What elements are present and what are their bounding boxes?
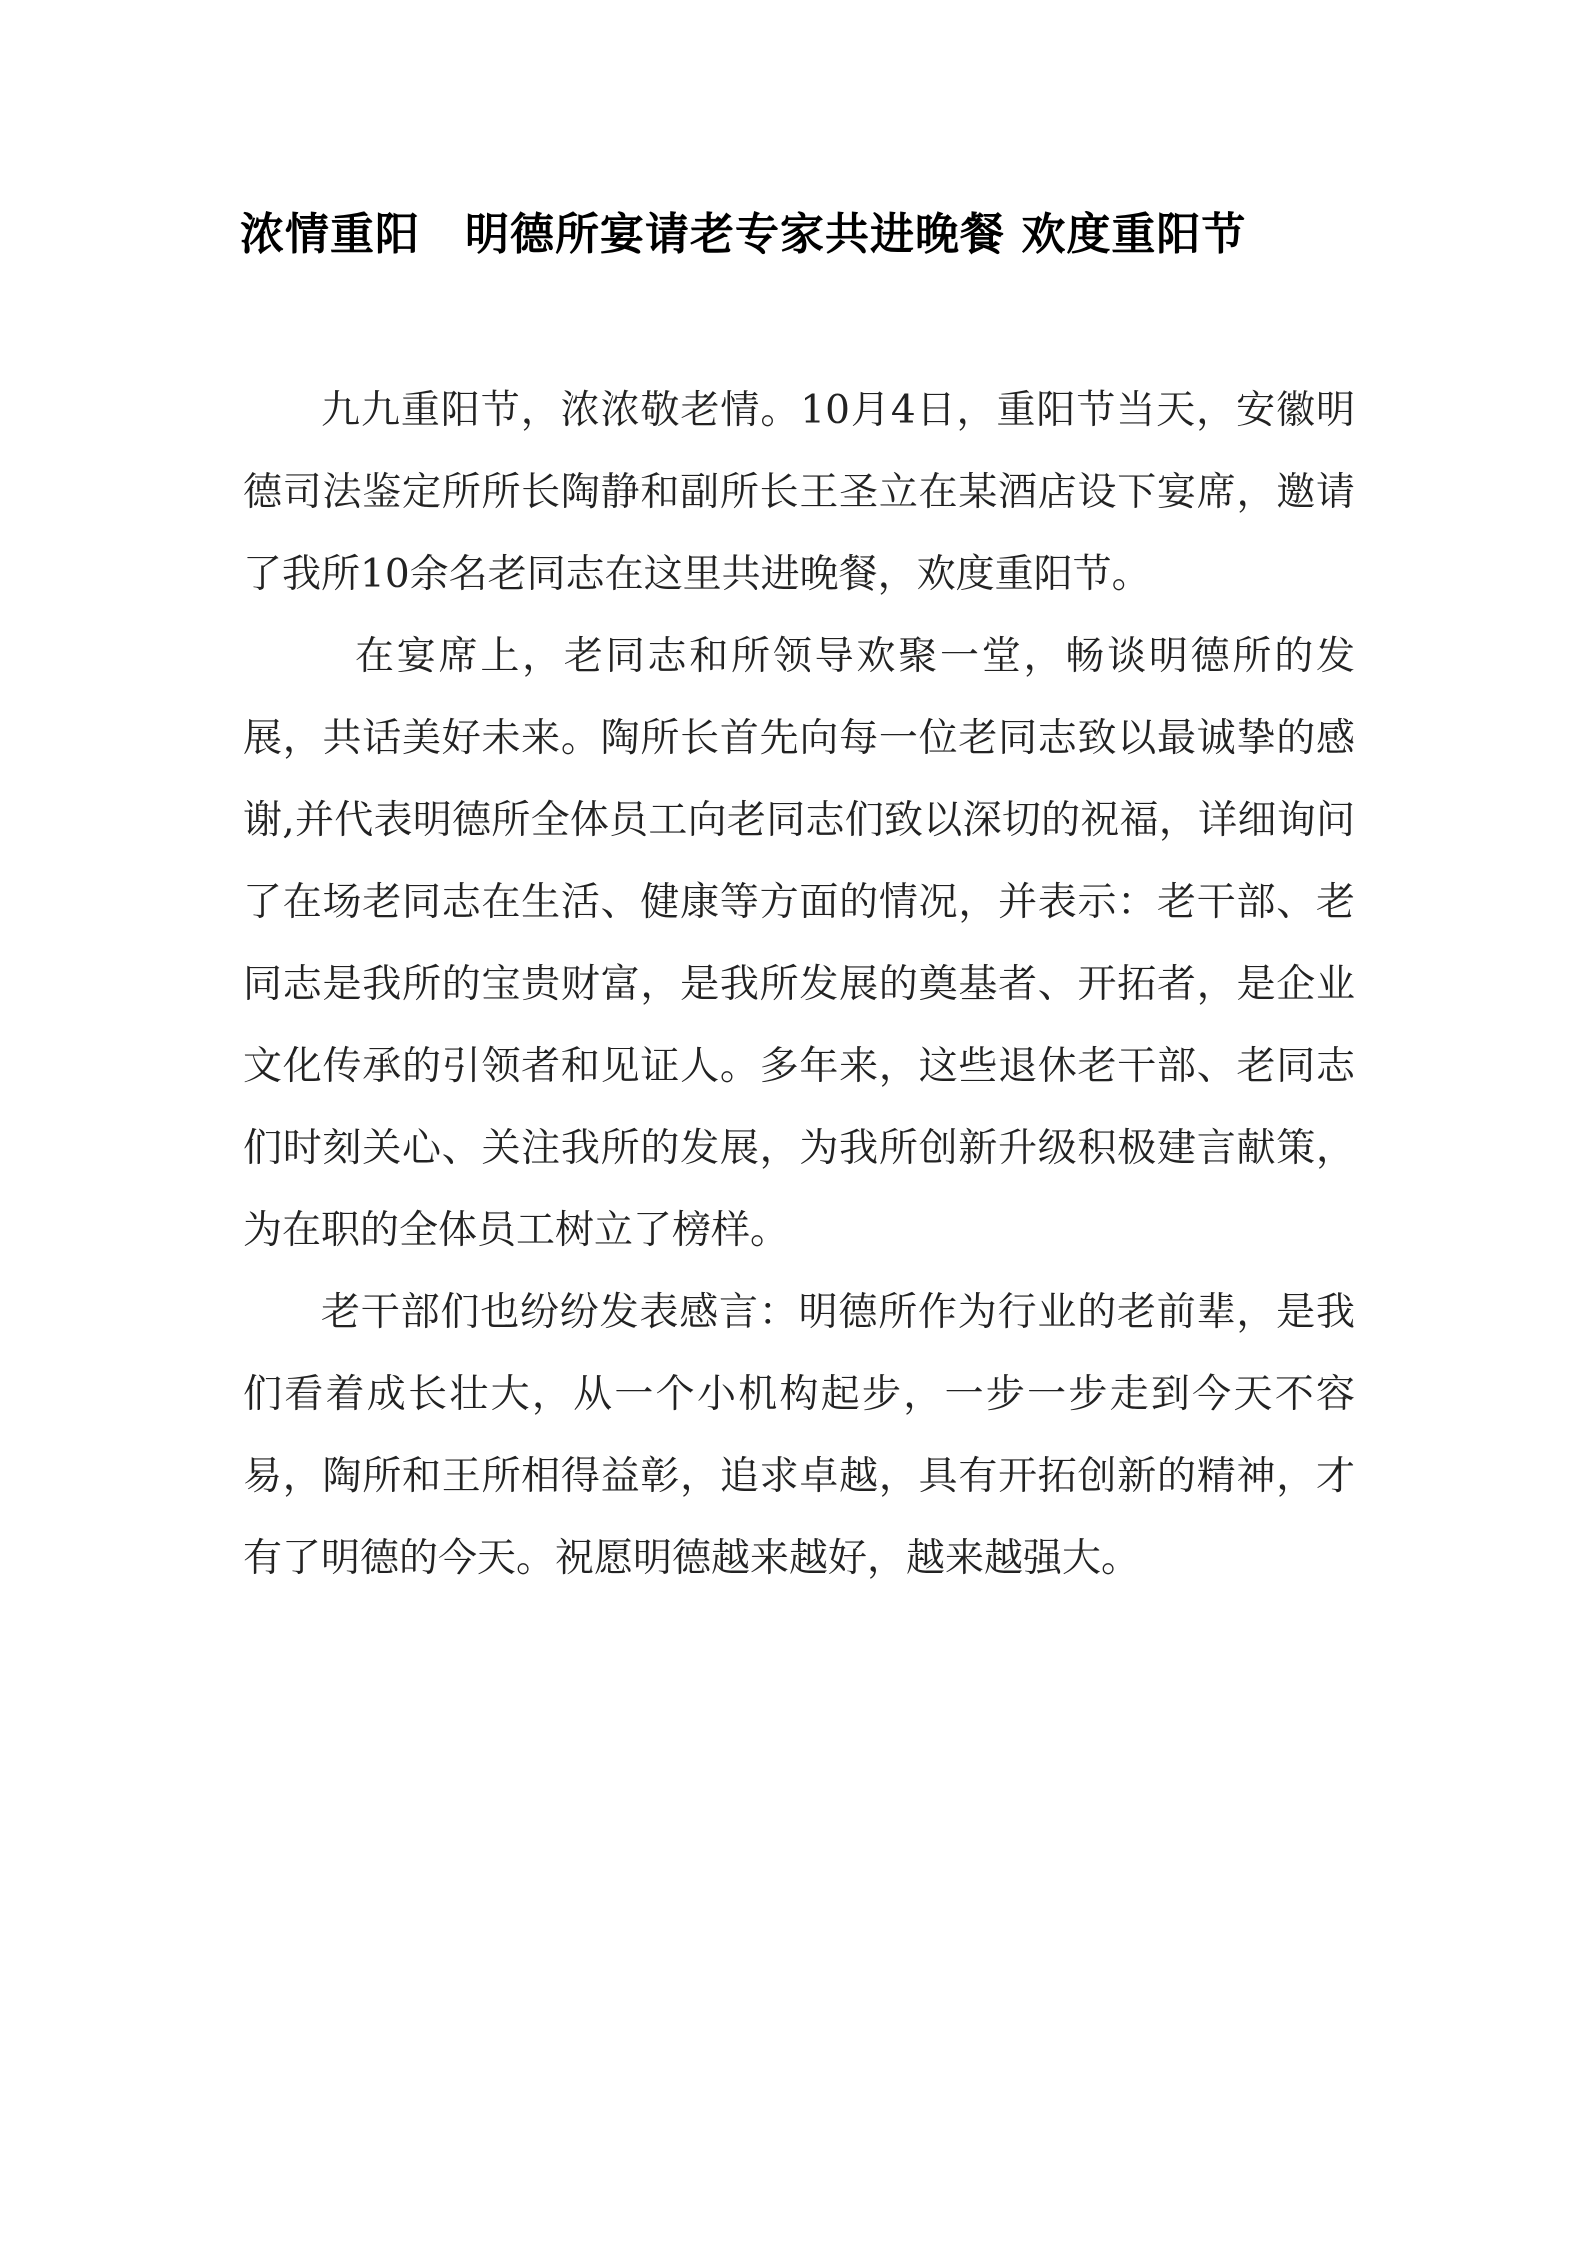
document-title: 浓情重阳 明德所宴请老专家共进晚餐 欢度重阳节 [240, 205, 1370, 265]
document-page: 浓情重阳 明德所宴请老专家共进晚餐 欢度重阳节 九九重阳节，浓浓敬老情。10月4… [0, 0, 1587, 2245]
paragraph-3: 老干部们也纷纷发表感言：明德所作为行业的老前辈，是我们看着成长壮大，从一个小机构… [243, 1272, 1355, 1600]
paragraph-2: 在宴席上，老同志和所领导欢聚一堂，畅谈明德所的发展，共话美好未来。陶所长首先向每… [243, 616, 1355, 1272]
document-body: 九九重阳节，浓浓敬老情。10月4日，重阳节当天，安徽明德司法鉴定所所长陶静和副所… [243, 370, 1355, 1600]
paragraph-1: 九九重阳节，浓浓敬老情。10月4日，重阳节当天，安徽明德司法鉴定所所长陶静和副所… [243, 370, 1355, 616]
